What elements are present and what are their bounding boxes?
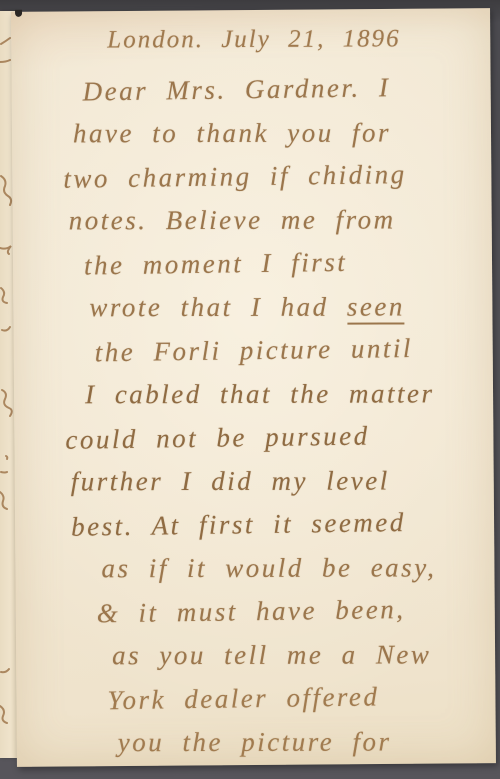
letter-line: further I did my level bbox=[66, 459, 494, 504]
letter-line: & it must have been, bbox=[66, 587, 495, 636]
letter-line: notes. Believe me from bbox=[64, 198, 492, 243]
letter-line-text: wrote that I had bbox=[89, 291, 328, 322]
letter-line: you the picture for bbox=[68, 720, 496, 765]
letter-line: I cabled that the matter bbox=[65, 372, 493, 417]
letter-line: could not be pursued bbox=[65, 413, 494, 462]
letter-line: have to thank you for bbox=[63, 111, 491, 156]
letter-dateline: London. July 21, 1896 bbox=[62, 17, 490, 63]
underlined-word: seen bbox=[347, 291, 405, 324]
paper-edge-notch bbox=[15, 10, 22, 17]
letter-line: the moment I first bbox=[64, 239, 493, 288]
letter-line: as you tell me a New bbox=[67, 633, 495, 678]
letter-line: best. At first it seemed bbox=[66, 500, 495, 549]
letter-line: as if it would be easy, bbox=[66, 546, 494, 591]
scan-backdrop: London. July 21, 1896 Dear Mrs. Gardner.… bbox=[0, 0, 500, 779]
letter-line: wrote that I had seen bbox=[64, 285, 492, 330]
letter-line: the Forli picture until bbox=[64, 326, 493, 375]
letter-page: London. July 21, 1896 Dear Mrs. Gardner.… bbox=[11, 8, 496, 767]
letter-body: Dear Mrs. Gardner. I have to thank you f… bbox=[62, 66, 495, 765]
letter-line: York dealer offered bbox=[67, 674, 496, 723]
letter-text: London. July 21, 1896 Dear Mrs. Gardner.… bbox=[11, 16, 496, 766]
letter-line: Dear Mrs. Gardner. I bbox=[62, 65, 491, 114]
letter-line: two charming if chiding bbox=[63, 152, 492, 201]
